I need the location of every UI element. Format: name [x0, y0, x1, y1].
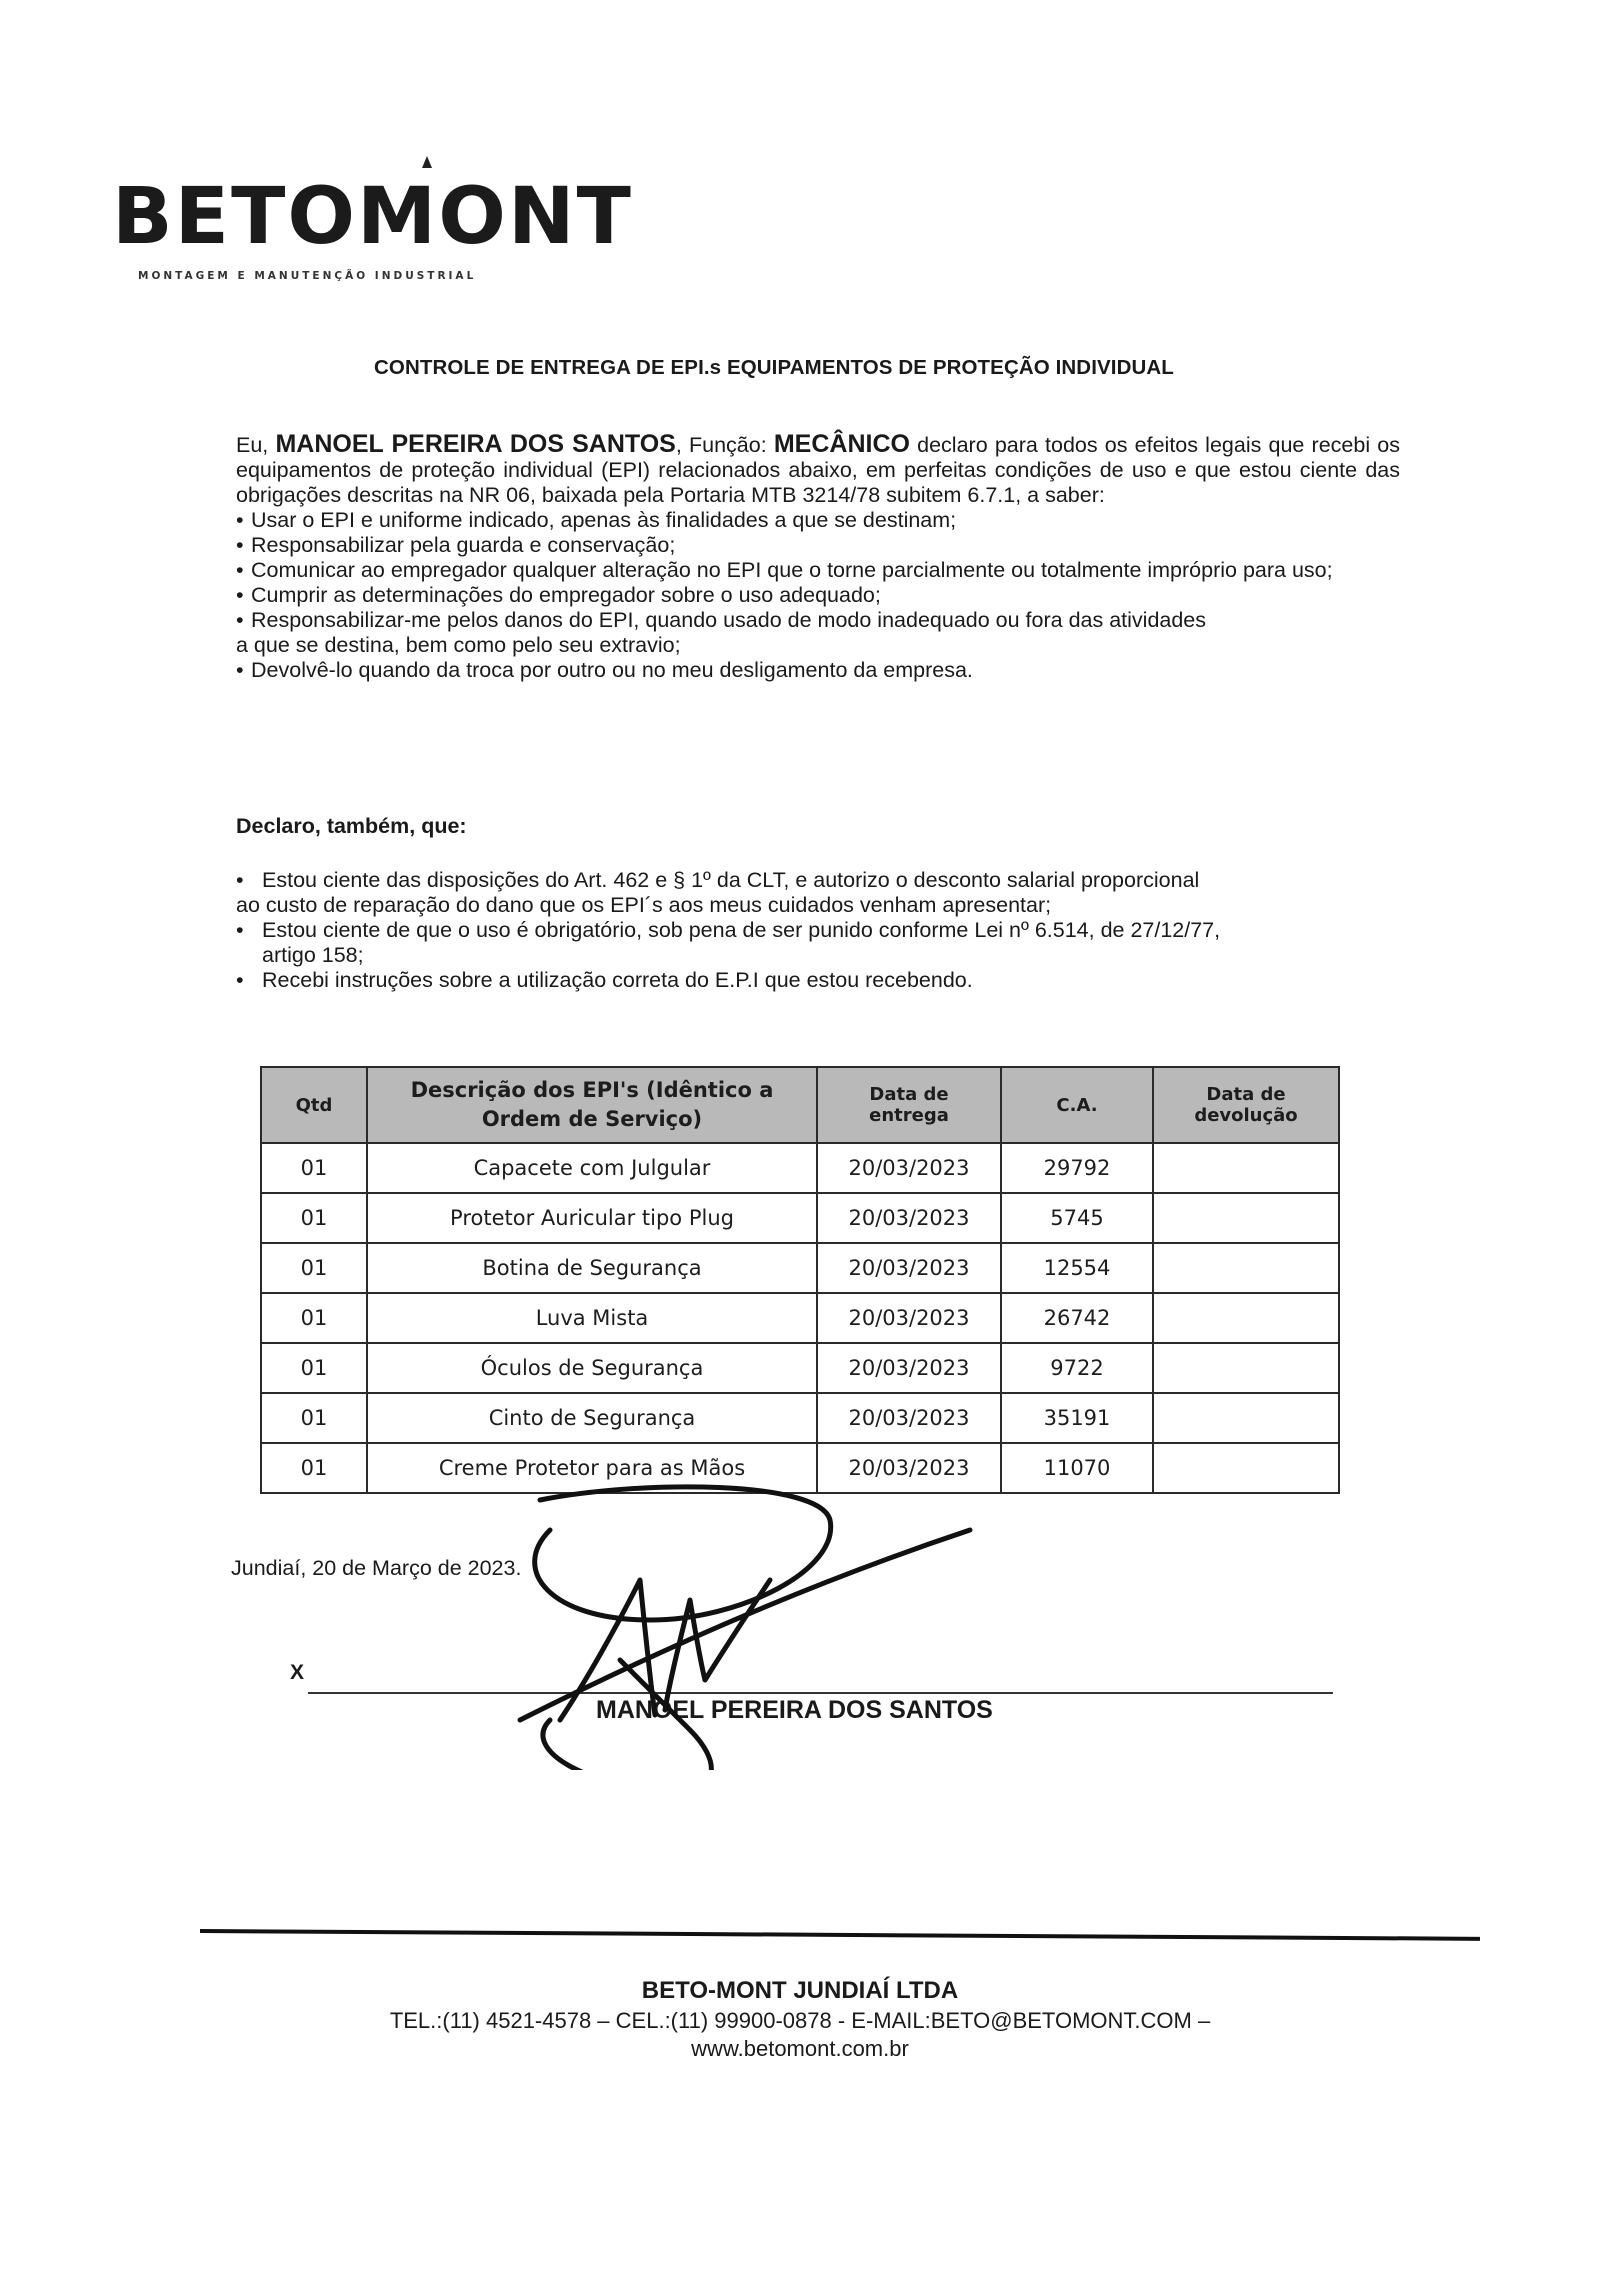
footer-divider	[200, 1929, 1480, 1941]
cell-ca: 26742	[1001, 1293, 1153, 1343]
obligation-text: Usar o EPI e uniforme indicado, apenas à…	[251, 508, 956, 532]
header-qtd: Qtd	[261, 1067, 367, 1143]
cell-description: Óculos de Segurança	[367, 1343, 817, 1393]
footer-website[interactable]: www.betomont.com.br	[0, 2036, 1600, 2062]
footer-company-name: BETO-MONT JUNDIAÍ LTDA	[0, 1976, 1600, 2006]
cell-qtd: 01	[261, 1343, 367, 1393]
place-date: Jundiaí, 20 de Março de 2023.	[231, 1556, 521, 1581]
cell-return-date	[1153, 1443, 1339, 1493]
cell-delivery-date: 20/03/2023	[817, 1393, 1001, 1443]
header-ca: C.A.	[1001, 1067, 1153, 1143]
declare-continuation: ao custo de reparação do dano que os EPI…	[236, 893, 1386, 918]
cell-delivery-date: 20/03/2023	[817, 1243, 1001, 1293]
table-row: 01Óculos de Segurança20/03/20239722	[261, 1343, 1339, 1393]
header-description: Descrição dos EPI's (Idêntico a Ordem de…	[367, 1067, 817, 1143]
list-item: Devolvê-lo quando da troca por outro ou …	[236, 658, 1400, 683]
logo-wordmark: BETOMONT	[112, 178, 561, 256]
employee-name: MANOEL PEREIRA DOS SANTOS	[275, 430, 675, 458]
cell-qtd: 01	[261, 1243, 367, 1293]
cell-ca: 11070	[1001, 1443, 1153, 1493]
cell-ca: 35191	[1001, 1393, 1153, 1443]
table-header-row: Qtd Descrição dos EPI's (Idêntico a Orde…	[261, 1067, 1339, 1143]
cell-qtd: 01	[261, 1443, 367, 1493]
cell-qtd: 01	[261, 1143, 367, 1193]
cell-return-date	[1153, 1343, 1339, 1393]
header-return-date: Data de devolução	[1153, 1067, 1339, 1143]
list-item: Comunicar ao empregador qualquer alteraç…	[236, 558, 1400, 583]
cell-return-date	[1153, 1143, 1339, 1193]
cell-delivery-date: 20/03/2023	[817, 1293, 1001, 1343]
table-row: 01Botina de Segurança20/03/202312554	[261, 1243, 1339, 1293]
obligation-text: Comunicar ao empregador qualquer alteraç…	[251, 558, 1333, 582]
cell-return-date	[1153, 1293, 1339, 1343]
cell-ca: 29792	[1001, 1143, 1153, 1193]
cell-ca: 5745	[1001, 1193, 1153, 1243]
table-row: 01Capacete com Julgular20/03/202329792	[261, 1143, 1339, 1193]
declaration-intro: Eu, MANOEL PEREIRA DOS SANTOS, Função: M…	[236, 432, 1400, 508]
obligation-text: Responsabilizar-me pelos danos do EPI, q…	[251, 608, 1206, 632]
cell-qtd: 01	[261, 1293, 367, 1343]
obligation-continuation: a que se destina, bem como pelo seu extr…	[236, 633, 1400, 658]
list-item: Estou ciente de que o uso é obrigatório,…	[236, 918, 1386, 968]
obligations-list: Usar o EPI e uniforme indicado, apenas à…	[236, 508, 1400, 683]
employee-function: MECÂNICO	[774, 430, 910, 458]
cell-delivery-date: 20/03/2023	[817, 1443, 1001, 1493]
signer-name: MANOEL PEREIRA DOS SANTOS	[596, 1696, 993, 1725]
intro-prefix: Eu,	[236, 433, 275, 457]
cell-description: Protetor Auricular tipo Plug	[367, 1193, 817, 1243]
list-item: Usar o EPI e uniforme indicado, apenas à…	[236, 508, 1400, 533]
table-row: 01Luva Mista20/03/202326742	[261, 1293, 1339, 1343]
company-logo: BETOMONT MONTAGEM E MANUTENÇÃO INDUSTRIA…	[112, 178, 552, 282]
signature-line	[308, 1692, 1333, 1694]
obligation-text: Cumprir as determinações do empregador s…	[251, 583, 881, 607]
footer-contact: TEL.:(11) 4521-4578 – CEL.:(11) 99900-08…	[0, 2006, 1600, 2036]
logo-tagline: MONTAGEM E MANUTENÇÃO INDUSTRIAL	[138, 270, 552, 282]
header-delivery-date: Data de entrega	[817, 1067, 1001, 1143]
cell-ca: 9722	[1001, 1343, 1153, 1393]
table-row: 01Cinto de Segurança20/03/202335191	[261, 1393, 1339, 1443]
declare-text: Recebi instruções sobre a utilização cor…	[262, 968, 973, 992]
cell-return-date	[1153, 1393, 1339, 1443]
declare-text: Estou ciente de que o uso é obrigatório,…	[262, 918, 1220, 942]
cell-delivery-date: 20/03/2023	[817, 1343, 1001, 1393]
list-item: Recebi instruções sobre a utilização cor…	[236, 968, 1386, 993]
cell-description: Cinto de Segurança	[367, 1393, 817, 1443]
also-declare-heading: Declaro, também, que:	[236, 814, 467, 839]
cell-description: Botina de Segurança	[367, 1243, 817, 1293]
table-row: 01Protetor Auricular tipo Plug20/03/2023…	[261, 1193, 1339, 1243]
cell-ca: 12554	[1001, 1243, 1153, 1293]
declare-text: Estou ciente das disposições do Art. 462…	[262, 868, 1199, 892]
obligation-text: Devolvê-lo quando da troca por outro ou …	[251, 658, 973, 682]
footer: BETO-MONT JUNDIAÍ LTDA TEL.:(11) 4521-45…	[0, 1976, 1600, 2062]
cell-delivery-date: 20/03/2023	[817, 1193, 1001, 1243]
cell-delivery-date: 20/03/2023	[817, 1143, 1001, 1193]
cell-description: Luva Mista	[367, 1293, 817, 1343]
cell-qtd: 01	[261, 1193, 367, 1243]
table-row: 01Creme Protetor para as Mãos20/03/20231…	[261, 1443, 1339, 1493]
cell-qtd: 01	[261, 1393, 367, 1443]
cell-description: Creme Protetor para as Mãos	[367, 1443, 817, 1493]
cell-description: Capacete com Julgular	[367, 1143, 817, 1193]
list-item: Responsabilizar-me pelos danos do EPI, q…	[236, 608, 1400, 658]
signature-x-mark: X	[290, 1661, 304, 1685]
function-label: , Função:	[676, 433, 774, 457]
cell-return-date	[1153, 1193, 1339, 1243]
logo-accent-mark	[422, 156, 432, 168]
list-item: Cumprir as determinações do empregador s…	[236, 583, 1400, 608]
list-item: Estou ciente das disposições do Art. 462…	[236, 868, 1386, 918]
declare-continuation: artigo 158;	[262, 943, 1386, 968]
declaration-section: Eu, MANOEL PEREIRA DOS SANTOS, Função: M…	[236, 432, 1400, 683]
also-declare-list: Estou ciente das disposições do Art. 462…	[236, 868, 1386, 993]
cell-return-date	[1153, 1243, 1339, 1293]
list-item: Responsabilizar pela guarda e conservaçã…	[236, 533, 1400, 558]
epi-delivery-table: Qtd Descrição dos EPI's (Idêntico a Orde…	[260, 1066, 1340, 1494]
document-title: CONTROLE DE ENTREGA DE EPI.s EQUIPAMENTO…	[374, 356, 1174, 380]
obligation-text: Responsabilizar pela guarda e conservaçã…	[251, 533, 675, 557]
